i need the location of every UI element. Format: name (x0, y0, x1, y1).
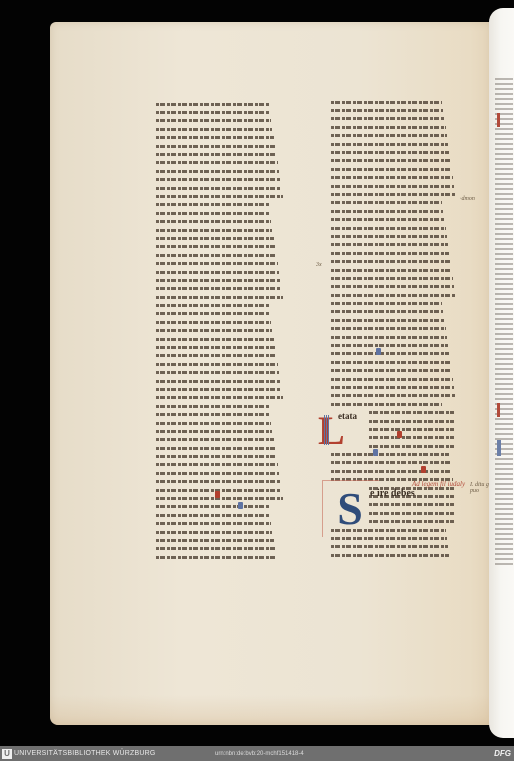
script-line (331, 106, 457, 114)
footer-bar: U Universitätsbibliothek Würzburg urn:nb… (0, 746, 514, 761)
paragraph-mark-blue (373, 449, 378, 456)
manuscript-page-recto-edge (489, 8, 514, 738)
script-line (331, 215, 457, 223)
script-line (331, 140, 457, 148)
script-line (156, 478, 284, 486)
script-line (156, 327, 284, 335)
script-line (331, 467, 457, 475)
script-line (331, 375, 457, 383)
urn-identifier: urn:nbn:de:bvb:20-mchf151418-4 (215, 751, 304, 757)
script-line (156, 511, 284, 519)
margin-note-right-upper: ·dmon (460, 196, 475, 202)
script-line (156, 285, 284, 293)
script-line (156, 310, 284, 318)
script-line (331, 115, 457, 123)
script-line (331, 199, 457, 207)
recto-rubric-mark (497, 403, 500, 417)
decorated-initial-S: S (330, 488, 370, 530)
script-line (156, 176, 284, 184)
rubric-heading-se: e ire debes (370, 488, 415, 499)
script-line (331, 123, 457, 131)
rubric-heading-leta: etata (338, 411, 357, 421)
recto-initial-mark (497, 440, 501, 456)
script-line (331, 232, 457, 240)
script-line (331, 551, 457, 559)
script-line (331, 132, 457, 140)
script-line (156, 360, 284, 368)
script-line (156, 343, 284, 351)
script-line (156, 276, 284, 284)
paragraph-mark-red (397, 431, 402, 438)
script-line (156, 293, 284, 301)
script-line (156, 259, 284, 267)
script-line (156, 352, 284, 360)
script-line (156, 394, 284, 402)
script-line (331, 367, 457, 375)
script-line (331, 358, 457, 366)
script-line (331, 316, 457, 324)
script-line (156, 201, 284, 209)
script-line (156, 184, 284, 192)
script-line (156, 125, 284, 133)
script-line (156, 452, 284, 460)
script-line (156, 553, 284, 561)
script-line (331, 241, 457, 249)
script-line (331, 207, 457, 215)
recto-text-block (495, 78, 513, 568)
script-line (331, 182, 457, 190)
paragraph-mark-red (215, 491, 220, 498)
script-line (156, 251, 284, 259)
script-line (331, 257, 457, 265)
script-line (331, 392, 457, 400)
script-line (156, 369, 284, 377)
script-line (156, 209, 284, 217)
script-line (331, 249, 457, 257)
paragraph-mark-blue (238, 502, 243, 509)
script-line (331, 165, 457, 173)
script-line (156, 528, 284, 536)
script-line (156, 268, 284, 276)
script-line (156, 410, 284, 418)
script-line (156, 226, 284, 234)
script-line (156, 243, 284, 251)
script-line (156, 461, 284, 469)
text-column-left (156, 100, 284, 561)
paragraph-mark-red (421, 466, 426, 473)
rubric-red-note: Ad legem fil iudaly (412, 480, 465, 488)
script-line (156, 134, 284, 142)
script-line (331, 224, 457, 232)
script-line (156, 318, 284, 326)
script-line (156, 142, 284, 150)
script-line (156, 301, 284, 309)
script-line (331, 333, 457, 341)
script-line (331, 283, 457, 291)
script-line (156, 520, 284, 528)
script-line (331, 174, 457, 182)
script-line (331, 459, 457, 467)
logo-icon: U (2, 749, 12, 759)
script-line (156, 159, 284, 167)
script-line (331, 341, 457, 349)
script-line (156, 117, 284, 125)
script-line (156, 377, 284, 385)
institution-name: Universitätsbibliothek Würzburg (14, 750, 156, 757)
script-line (156, 436, 284, 444)
paragraph-mark-blue (376, 348, 381, 355)
script-line (331, 425, 457, 433)
script-line (331, 98, 457, 106)
script-line (156, 100, 284, 108)
script-line (331, 442, 457, 450)
script-line (156, 545, 284, 553)
script-line (156, 234, 284, 242)
script-line (156, 335, 284, 343)
script-line (331, 434, 457, 442)
script-line (156, 427, 284, 435)
script-line (156, 167, 284, 175)
script-line (331, 325, 457, 333)
recto-rubric-mark (497, 113, 500, 127)
script-line (156, 402, 284, 410)
script-line (156, 503, 284, 511)
script-line (156, 486, 284, 494)
script-line (331, 350, 457, 358)
script-line (156, 494, 284, 502)
script-line (331, 291, 457, 299)
script-line (331, 308, 457, 316)
script-line (331, 266, 457, 274)
script-line (156, 536, 284, 544)
institution-logo[interactable]: U Universitätsbibliothek Würzburg (2, 749, 156, 759)
script-line (331, 450, 457, 458)
script-line (331, 400, 457, 408)
script-line (331, 383, 457, 391)
script-line (156, 108, 284, 116)
manuscript-viewer[interactable]: L etata S e ire debes Ad legem fil iudal… (0, 0, 514, 746)
script-line (331, 274, 457, 282)
script-line (331, 157, 457, 165)
script-line (156, 385, 284, 393)
margin-note-left-mid: 3x (316, 262, 322, 268)
script-line (156, 469, 284, 477)
script-line (331, 299, 457, 307)
margin-note-right-lower: I. ditu g puo (470, 482, 494, 494)
script-line (331, 543, 457, 551)
script-line (156, 444, 284, 452)
script-line (156, 150, 284, 158)
script-line (156, 419, 284, 427)
script-line (331, 148, 457, 156)
dfg-logo[interactable]: DFG (494, 749, 511, 758)
script-line (156, 217, 284, 225)
script-line (156, 192, 284, 200)
script-line (331, 190, 457, 198)
